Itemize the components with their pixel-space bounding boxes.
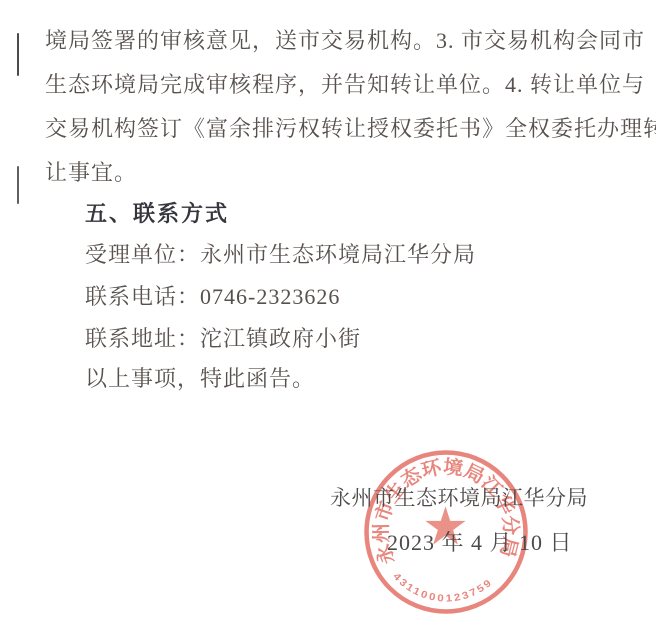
signature-date: 2023 年 4 月 10 日 (387, 529, 573, 556)
body-line-2: 生态环境局完成审核程序，并告知转让单位。4. 转让单位与 (45, 72, 645, 98)
contact-line-accepting-unit: 受理单位：永州市生态环境局江华分局 (85, 242, 476, 268)
contact-line-phone: 联系电话：0746-2323626 (85, 284, 340, 310)
body-line-1: 境局签署的审核意见，送市交易机构。3. 市交易机构会同市 (45, 28, 645, 54)
signature-organization: 永州市生态环境局江华分局 (330, 485, 588, 512)
body-line-4: 让事宜。 (45, 160, 137, 186)
contact-line-address: 联系地址：沱江镇政府小街 (85, 326, 361, 352)
official-letter-page: 境局签署的审核意见，送市交易机构。3. 市交易机构会同市 生态环境局完成审核程序… (0, 0, 656, 624)
closing-line: 以上事项，特此函告。 (85, 366, 315, 392)
scan-artifact-line (17, 33, 19, 76)
body-line-3: 交易机构签订《富余排污权转让授权委托书》全权委托办理转 (45, 116, 656, 142)
section-heading: 五、联系方式 (85, 200, 229, 227)
scan-artifact-line (17, 166, 19, 204)
